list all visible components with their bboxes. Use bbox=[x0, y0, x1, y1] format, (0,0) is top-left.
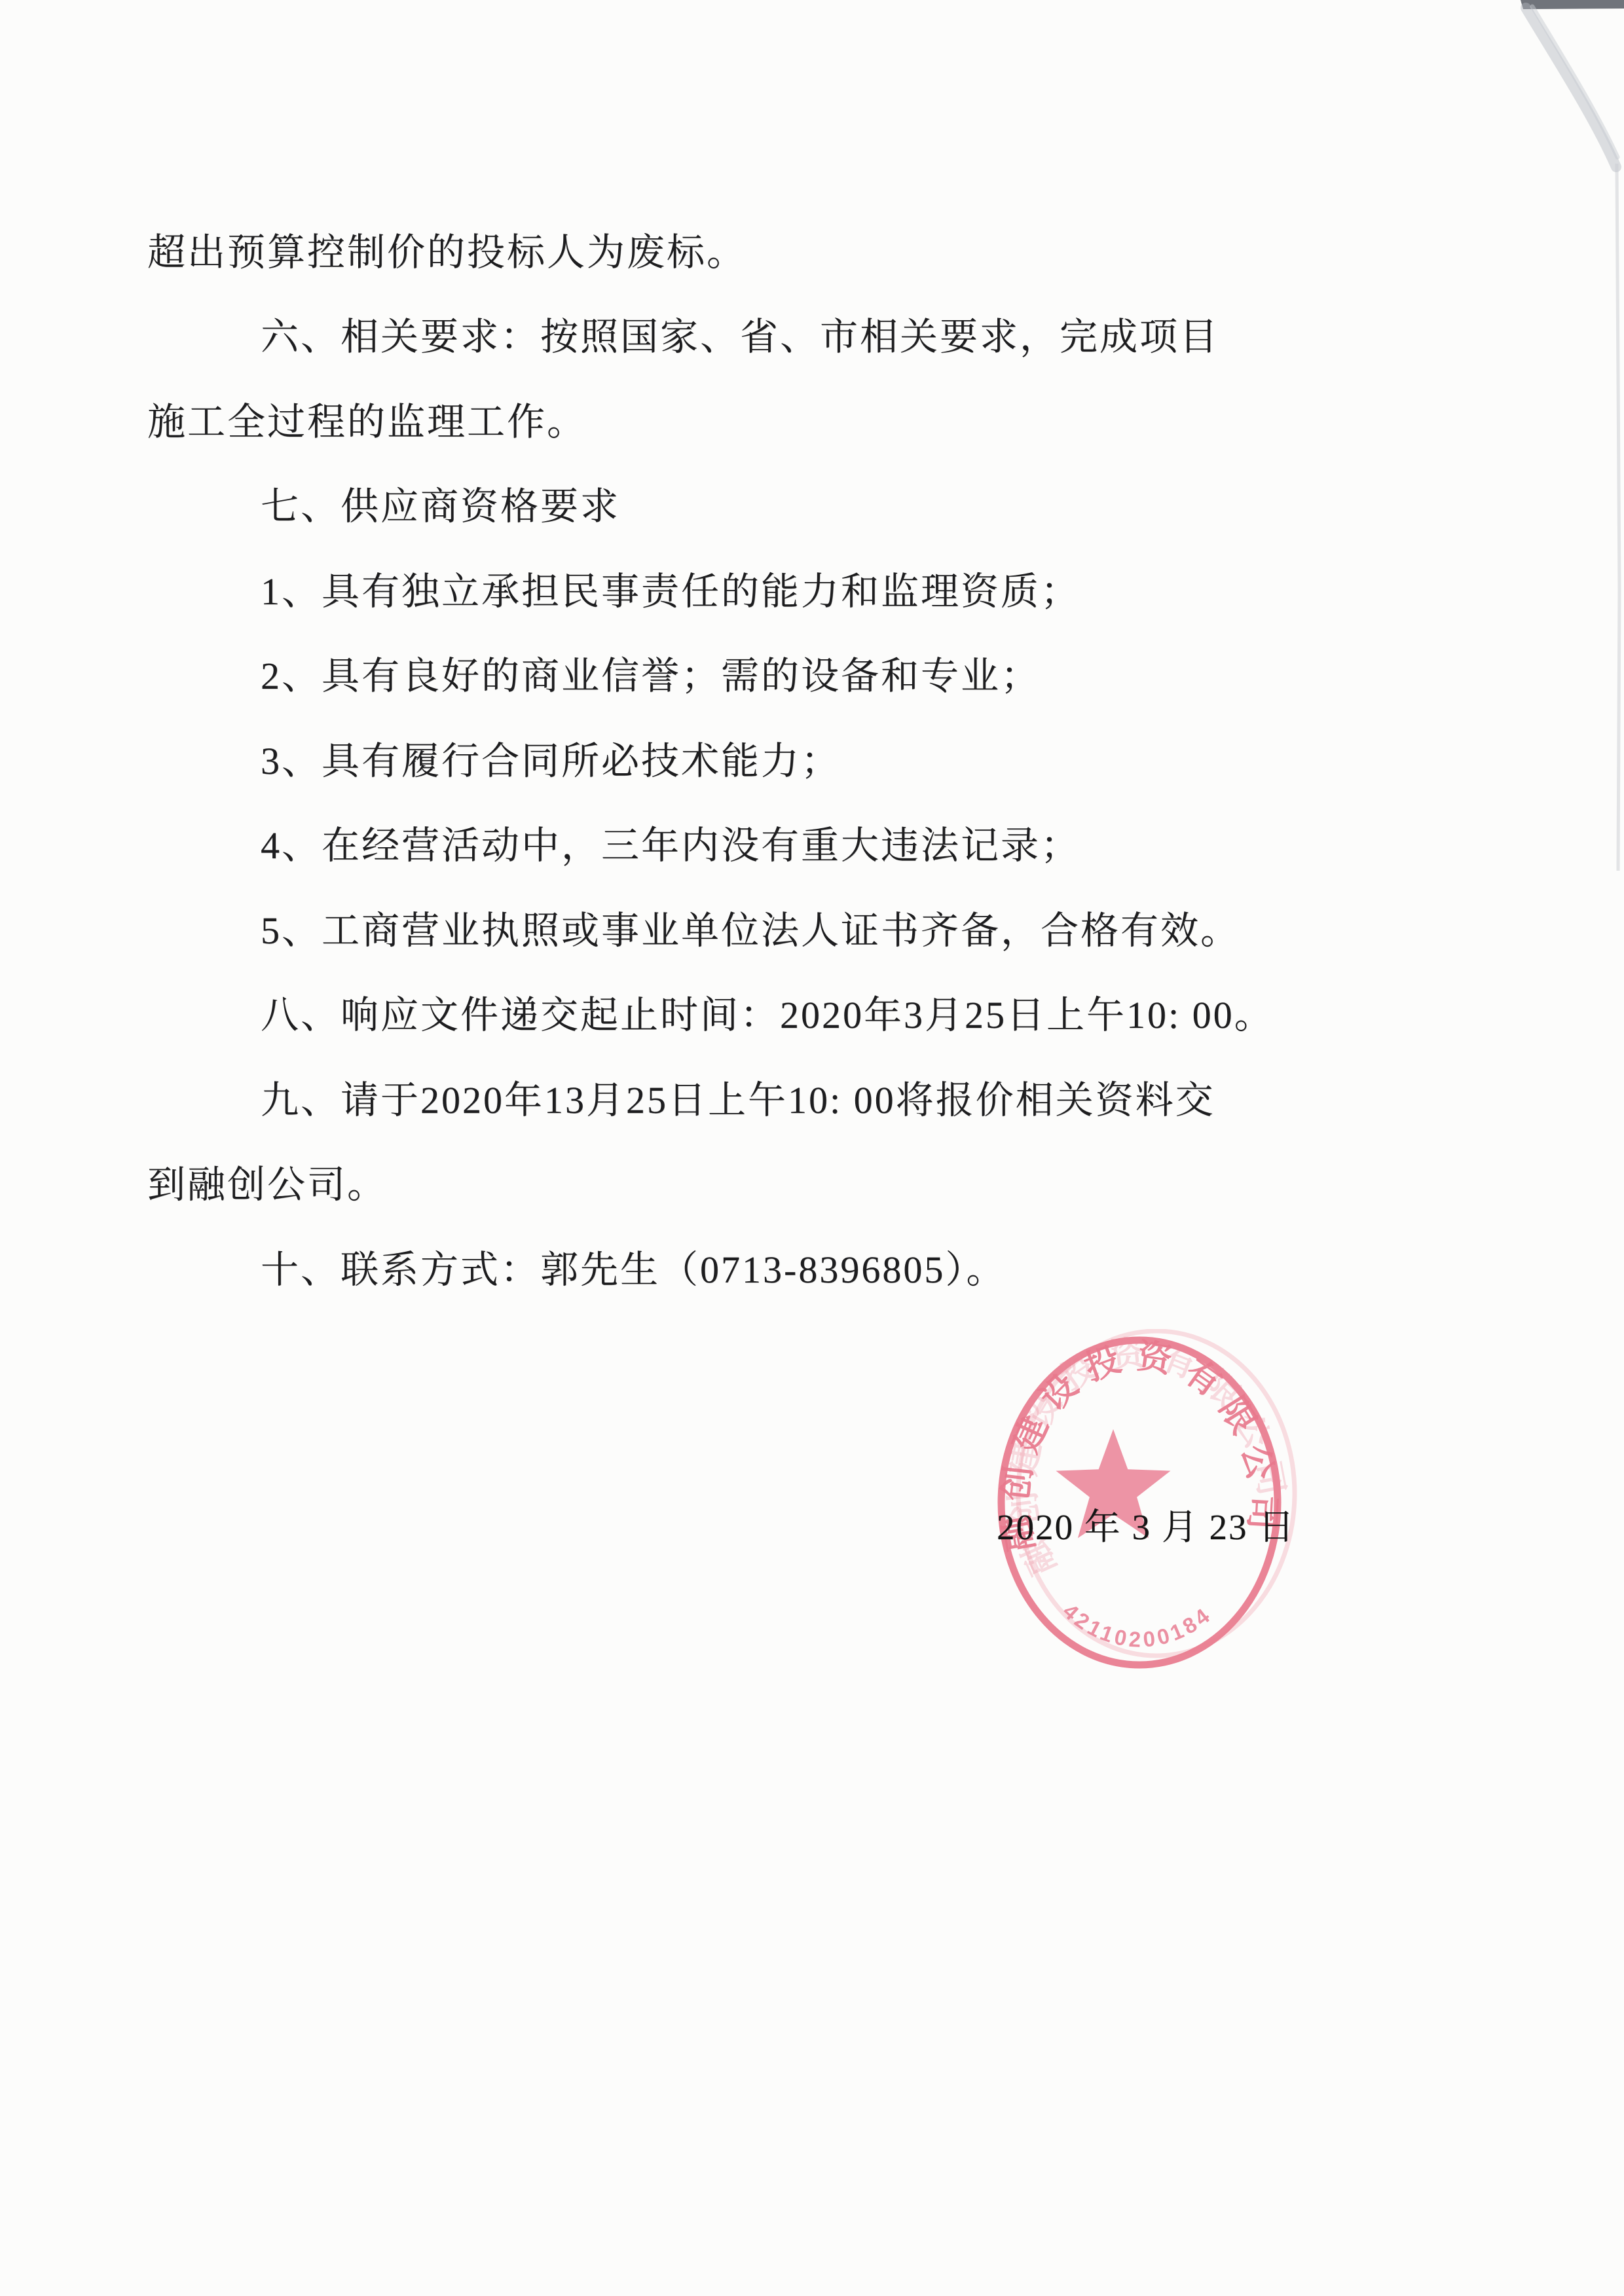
text-line: 5、工商营业执照或事业单位法人证书齐备，合格有效。 bbox=[261, 909, 1240, 953]
scanned-document-page: 超出预算控制价的投标人为废标。 六、相关要求：按照国家、省、市相关要求，完成项目… bbox=[0, 0, 1624, 2296]
text-line: 1、具有独立承担民事责任的能力和监理资质； bbox=[261, 570, 1080, 614]
text-line: 2、具有良好的商业信誉；需的设备和专业； bbox=[261, 655, 1041, 699]
text-line: 七、供应商资格要求 bbox=[261, 485, 620, 529]
text-line: 六、相关要求：按照国家、省、市相关要求，完成项目 bbox=[261, 316, 1219, 359]
page-edge-line bbox=[1617, 164, 1619, 871]
fold-shadow-line-2 bbox=[1532, 7, 1617, 157]
text-line: 施工全过程的监理工作。 bbox=[147, 401, 587, 445]
text-line: 九、请于2020年13月25日上午10: 00将报价相关资料交 bbox=[261, 1079, 1215, 1123]
page-fold-corner bbox=[1428, 0, 1624, 917]
document-date: 2020 年 3 月 23 日 bbox=[997, 1498, 1295, 1550]
text-line: 八、响应文件递交起止时间：2020年3月25日上午10: 00。 bbox=[261, 994, 1274, 1038]
text-line: 十、联系方式：郭先生（0713-8396805）。 bbox=[261, 1248, 1006, 1292]
fold-shadow-line bbox=[1526, 8, 1616, 167]
text-line: 3、具有履行合同所必技术能力； bbox=[261, 740, 841, 784]
text-line: 超出预算控制价的投标人为废标。 bbox=[147, 231, 747, 275]
text-line: 到融创公司。 bbox=[147, 1163, 387, 1207]
text-line: 4、在经营活动中，三年内没有重大违法记录； bbox=[261, 824, 1080, 868]
scan-edge-bar bbox=[1521, 0, 1624, 9]
